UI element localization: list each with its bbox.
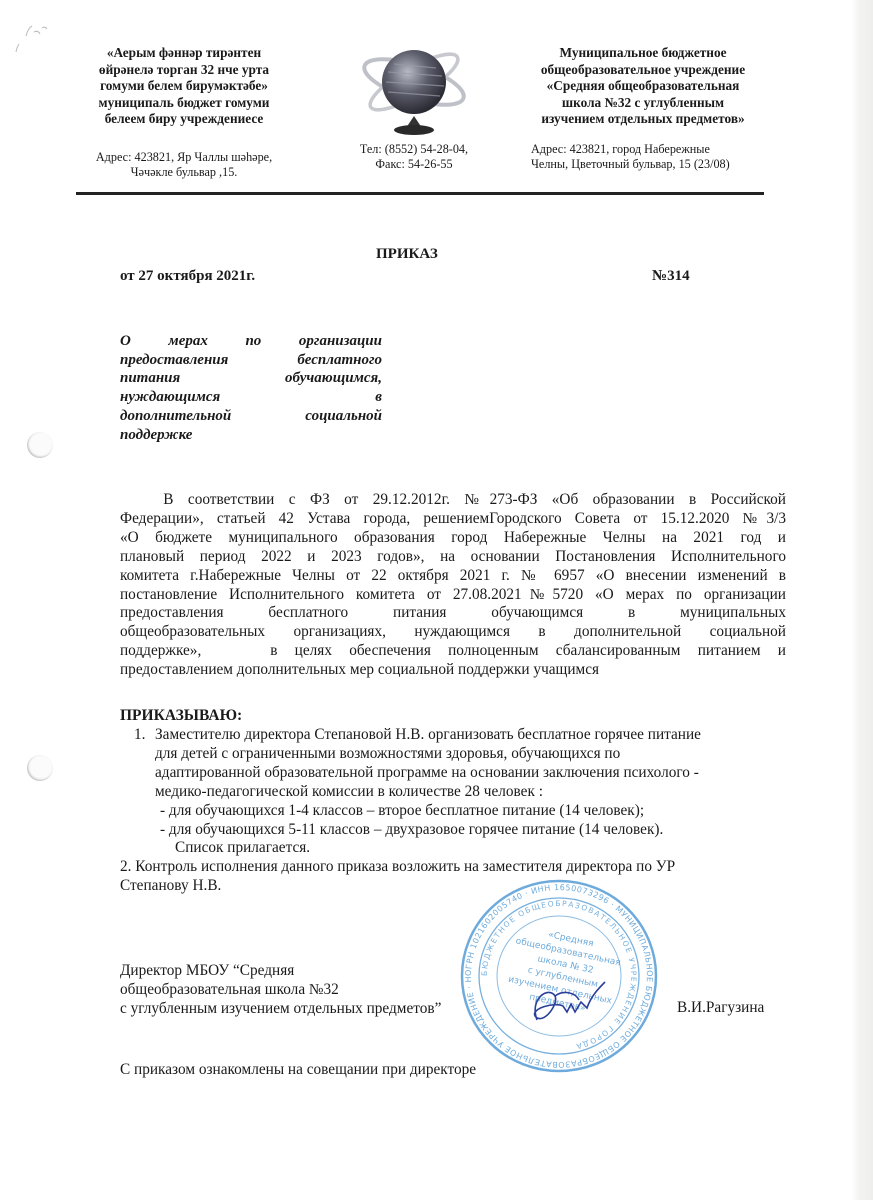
- acknowledgement-text: С приказом ознакомлены на совещании при …: [120, 1061, 476, 1079]
- text-line: «Средняя общеобразовательная: [520, 78, 766, 95]
- header-left: «Аерым фәннәр тирәнтен өйрәнелә торган 3…: [84, 45, 284, 180]
- text-line: Директор МБОУ “Средняя: [120, 961, 441, 980]
- text-line: Челны, Цветочный бульвар, 15 (23/08): [531, 157, 771, 172]
- order-title: ПРИКАЗ: [376, 246, 438, 263]
- header-right-address: Адрес: 423821, город Набережные Челны, Ц…: [531, 142, 771, 172]
- header-left-title: «Аерым фәннәр тирәнтен өйрәнелә торган 3…: [84, 45, 284, 128]
- sub-item: - для обучающихся 1-4 классов – второе б…: [120, 802, 800, 821]
- text-line: Адрес: 423821, город Набережные: [531, 142, 771, 157]
- text-line: адаптированной образовательной программе…: [120, 764, 800, 783]
- globe-logo-icon: [358, 36, 470, 141]
- text-line: общеобразовательных организациях, нуждаю…: [120, 623, 786, 642]
- text-line: В соответствии с ФЗ от 29.12.2012г. №273…: [120, 491, 786, 510]
- decree-items: 1.Заместителю директора Степановой Н.В. …: [120, 726, 800, 896]
- order-date: от 27 октября 2021г.: [120, 268, 255, 285]
- text-line: гомуми белем бирумәктәбе»: [84, 78, 284, 95]
- decree-item-2: 2. Контроль исполнения данного приказа в…: [120, 858, 800, 877]
- list-marker: 1.: [134, 726, 146, 745]
- fax-text: Факс: 54-26-55: [336, 157, 492, 172]
- pencil-mark: [12, 12, 62, 52]
- official-stamp: ОГРН 1021602005740 · ИНН 1650073296 · МУ…: [459, 878, 659, 1074]
- text-line: дополнительной социальной: [120, 407, 382, 426]
- text-line: белеем биру учреждениесе: [84, 111, 284, 128]
- text-line: «Аерым фәннәр тирәнтен: [84, 45, 284, 62]
- header-divider: [76, 192, 764, 195]
- header-right-title: Муниципальное бюджетное общеобразователь…: [520, 45, 766, 128]
- preamble-paragraph: В соответствии с ФЗ от 29.12.2012г. №273…: [120, 491, 786, 680]
- signer-name: В.И.Рагузина: [677, 999, 764, 1017]
- text-line: постановление Исполнительного комитета о…: [120, 586, 786, 605]
- punch-hole-bottom: [27, 755, 53, 781]
- text-line: школа №32 с углубленным: [520, 95, 766, 112]
- header-center-contacts: Тел: (8552) 54-28-04, Факс: 54-26-55: [336, 142, 492, 172]
- text-line: нуждающимся в: [120, 388, 382, 407]
- text-line: поддержке», в целях обеспечения полноцен…: [120, 642, 786, 661]
- text-line: Чәчәкле бульвар ,15.: [84, 165, 284, 180]
- text-line: Заместителю директора Степановой Н.В. ор…: [155, 726, 701, 743]
- text-line: муниципаль бюджет гомуми: [84, 95, 284, 112]
- text-line: «О бюджете муниципального образования го…: [120, 529, 786, 548]
- order-number: №314: [652, 268, 690, 285]
- text-line: изучением отдельных предметов»: [520, 111, 766, 128]
- signature-position: Директор МБОУ “Средняя общеобразовательн…: [120, 961, 441, 1019]
- decree-heading: ПРИКАЗЫВАЮ:: [120, 707, 242, 725]
- text-line: О мерах по организации: [120, 332, 382, 351]
- text-line: өйрәнелә торган 32 нче урта: [84, 62, 284, 79]
- text-line: общеобразовательная школа №32: [120, 980, 441, 999]
- text-line: медико-педагогической комиссии в количес…: [120, 783, 800, 802]
- header-right: Муниципальное бюджетное общеобразователь…: [520, 45, 766, 128]
- text-line: поддержке: [120, 426, 382, 445]
- text-line: с углубленным изучением отдельных предме…: [120, 999, 441, 1018]
- text-line: предоставления бесплатного питания обуча…: [120, 604, 786, 623]
- text-line: Федерации», статьей 42 Устава города, ре…: [120, 510, 786, 529]
- phone-text: Тел: (8552) 54-28-04,: [336, 142, 492, 157]
- text-line: Адрес: 423821, Яр Чаллы шәһәре,: [84, 150, 284, 165]
- text-line: питания обучающимся,: [120, 369, 382, 388]
- text-line: плановый период 2022 и 2023 годов», на о…: [120, 548, 786, 567]
- text-line: предоставлением дополнительных мер социа…: [120, 661, 786, 680]
- text-line: предоставления бесплатного: [120, 351, 382, 370]
- sub-item: - для обучающихся 5-11 классов – двухраз…: [120, 821, 800, 840]
- text-line: для детей с ограниченными возможностями …: [120, 745, 800, 764]
- text-line: комитета г.Набережные Челны от 22 октябр…: [120, 567, 786, 586]
- text-line: общеобразовательное учреждение: [520, 62, 766, 79]
- punch-hole-top: [27, 432, 53, 458]
- attachment-note: Список прилагается.: [120, 839, 800, 858]
- text-line: Муниципальное бюджетное: [520, 45, 766, 62]
- order-subject: О мерах по организации предоставления бе…: [120, 332, 382, 444]
- decree-item-1: 1.Заместителю директора Степановой Н.В. …: [120, 726, 800, 745]
- header-left-address: Адрес: 423821, Яр Чаллы шәһәре, Чәчәкле …: [84, 150, 284, 180]
- page-edge-shadow: [851, 0, 873, 1200]
